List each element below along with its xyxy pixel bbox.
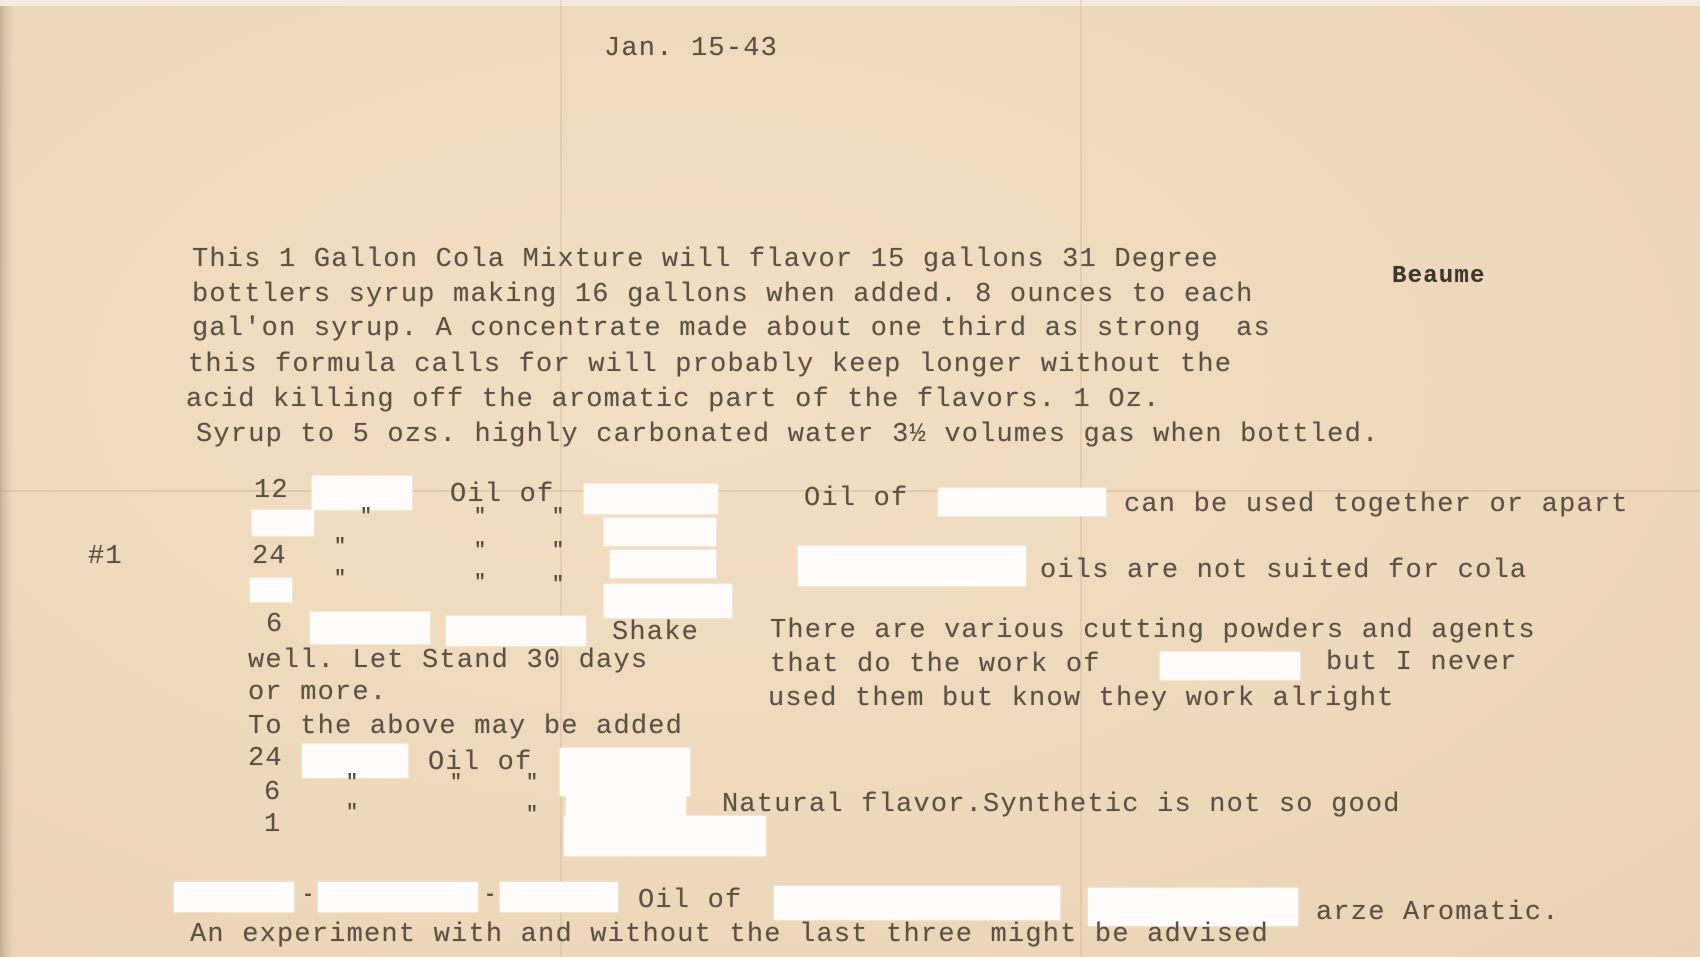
note-text: Natural flavor.Synthetic is not so good — [722, 790, 1401, 820]
redaction-box — [500, 882, 618, 912]
note-text: but I never — [1326, 648, 1517, 678]
redaction-box — [774, 886, 1060, 920]
ditto-mark: " — [474, 540, 486, 563]
formula-ingredient-text: Oil of — [428, 748, 532, 778]
redaction-box — [798, 546, 1026, 586]
redaction-box — [252, 510, 314, 536]
ditto-mark: " — [474, 506, 486, 529]
redaction-box — [604, 584, 732, 618]
redaction-box — [604, 518, 716, 546]
note-text: oils are not suited for cola — [1040, 556, 1527, 586]
formula-instruction: Shake — [612, 618, 699, 648]
ditto-mark: " — [552, 574, 564, 597]
paper-top-edge — [0, 0, 1700, 6]
redaction-box — [446, 616, 586, 646]
ditto-mark: " — [346, 772, 358, 795]
note-text: can be used together or apart — [1124, 490, 1629, 520]
ditto-mark: " — [334, 568, 346, 591]
formula-subheading: To the above may be added — [248, 712, 683, 742]
paragraph-line: This 1 Gallon Cola Mixture will flavor 1… — [192, 245, 1219, 275]
formula-qty: 6 — [264, 778, 281, 808]
redaction-box — [310, 612, 430, 644]
redaction-box — [584, 484, 718, 514]
ditto-mark: " — [526, 804, 538, 827]
formula-instruction: or more. — [248, 678, 387, 708]
redaction-box — [610, 550, 716, 578]
note-text: There are various cutting powders and ag… — [770, 616, 1536, 646]
ditto-mark: " — [346, 802, 358, 825]
formula-qty: 12 — [254, 476, 289, 506]
ditto-mark: " — [552, 506, 564, 529]
formula-instruction: well. Let Stand 30 days — [248, 646, 648, 676]
ditto-mark: " — [526, 772, 538, 795]
redaction-box — [174, 882, 294, 912]
note-text: used them but know they work alright — [768, 684, 1395, 714]
redaction-box — [318, 882, 478, 912]
separator-dash: - — [484, 884, 496, 907]
ditto-mark: " — [360, 506, 372, 529]
note-text: that do the work of — [770, 650, 1101, 680]
formula-qty: 6 — [266, 610, 283, 640]
formula-label: #1 — [88, 542, 123, 572]
formula-ingredient-text: Oil of — [450, 480, 554, 510]
separator-dash: - — [302, 884, 314, 907]
ditto-mark: " — [474, 572, 486, 595]
ditto-mark: " — [334, 536, 346, 559]
ditto-mark: " — [552, 540, 564, 563]
fold-crease — [560, 0, 562, 957]
footer-text: Oil of — [638, 886, 742, 916]
note-text: Oil of — [804, 484, 908, 514]
paragraph-line: acid killing off the aromatic part of th… — [186, 385, 1161, 415]
paragraph-line: this formula calls for will probably kee… — [188, 350, 1232, 380]
footer-text: arze Aromatic. — [1316, 898, 1560, 928]
redaction-box — [250, 578, 292, 602]
redaction-box — [938, 488, 1106, 516]
paragraph-line: Syrup to 5 ozs. highly carbonated water … — [196, 420, 1379, 450]
redaction-box — [1160, 652, 1300, 680]
paragraph-bold-word: Beaume — [1392, 262, 1486, 292]
redaction-box — [560, 748, 690, 796]
paragraph-line: gal'on syrup. A concentrate made about o… — [192, 314, 1271, 344]
formula-qty: 1 — [264, 810, 281, 840]
redaction-box — [564, 816, 766, 856]
redaction-box — [312, 476, 412, 510]
formula-qty: 24 — [248, 744, 283, 774]
ditto-mark: " — [450, 772, 462, 795]
footer-text: An experiment with and without the last … — [190, 920, 1269, 950]
document-date: Jan. 15-43 — [604, 34, 778, 64]
paragraph-line: bottlers syrup making 16 gallons when ad… — [192, 280, 1254, 310]
formula-qty: 24 — [252, 542, 287, 572]
